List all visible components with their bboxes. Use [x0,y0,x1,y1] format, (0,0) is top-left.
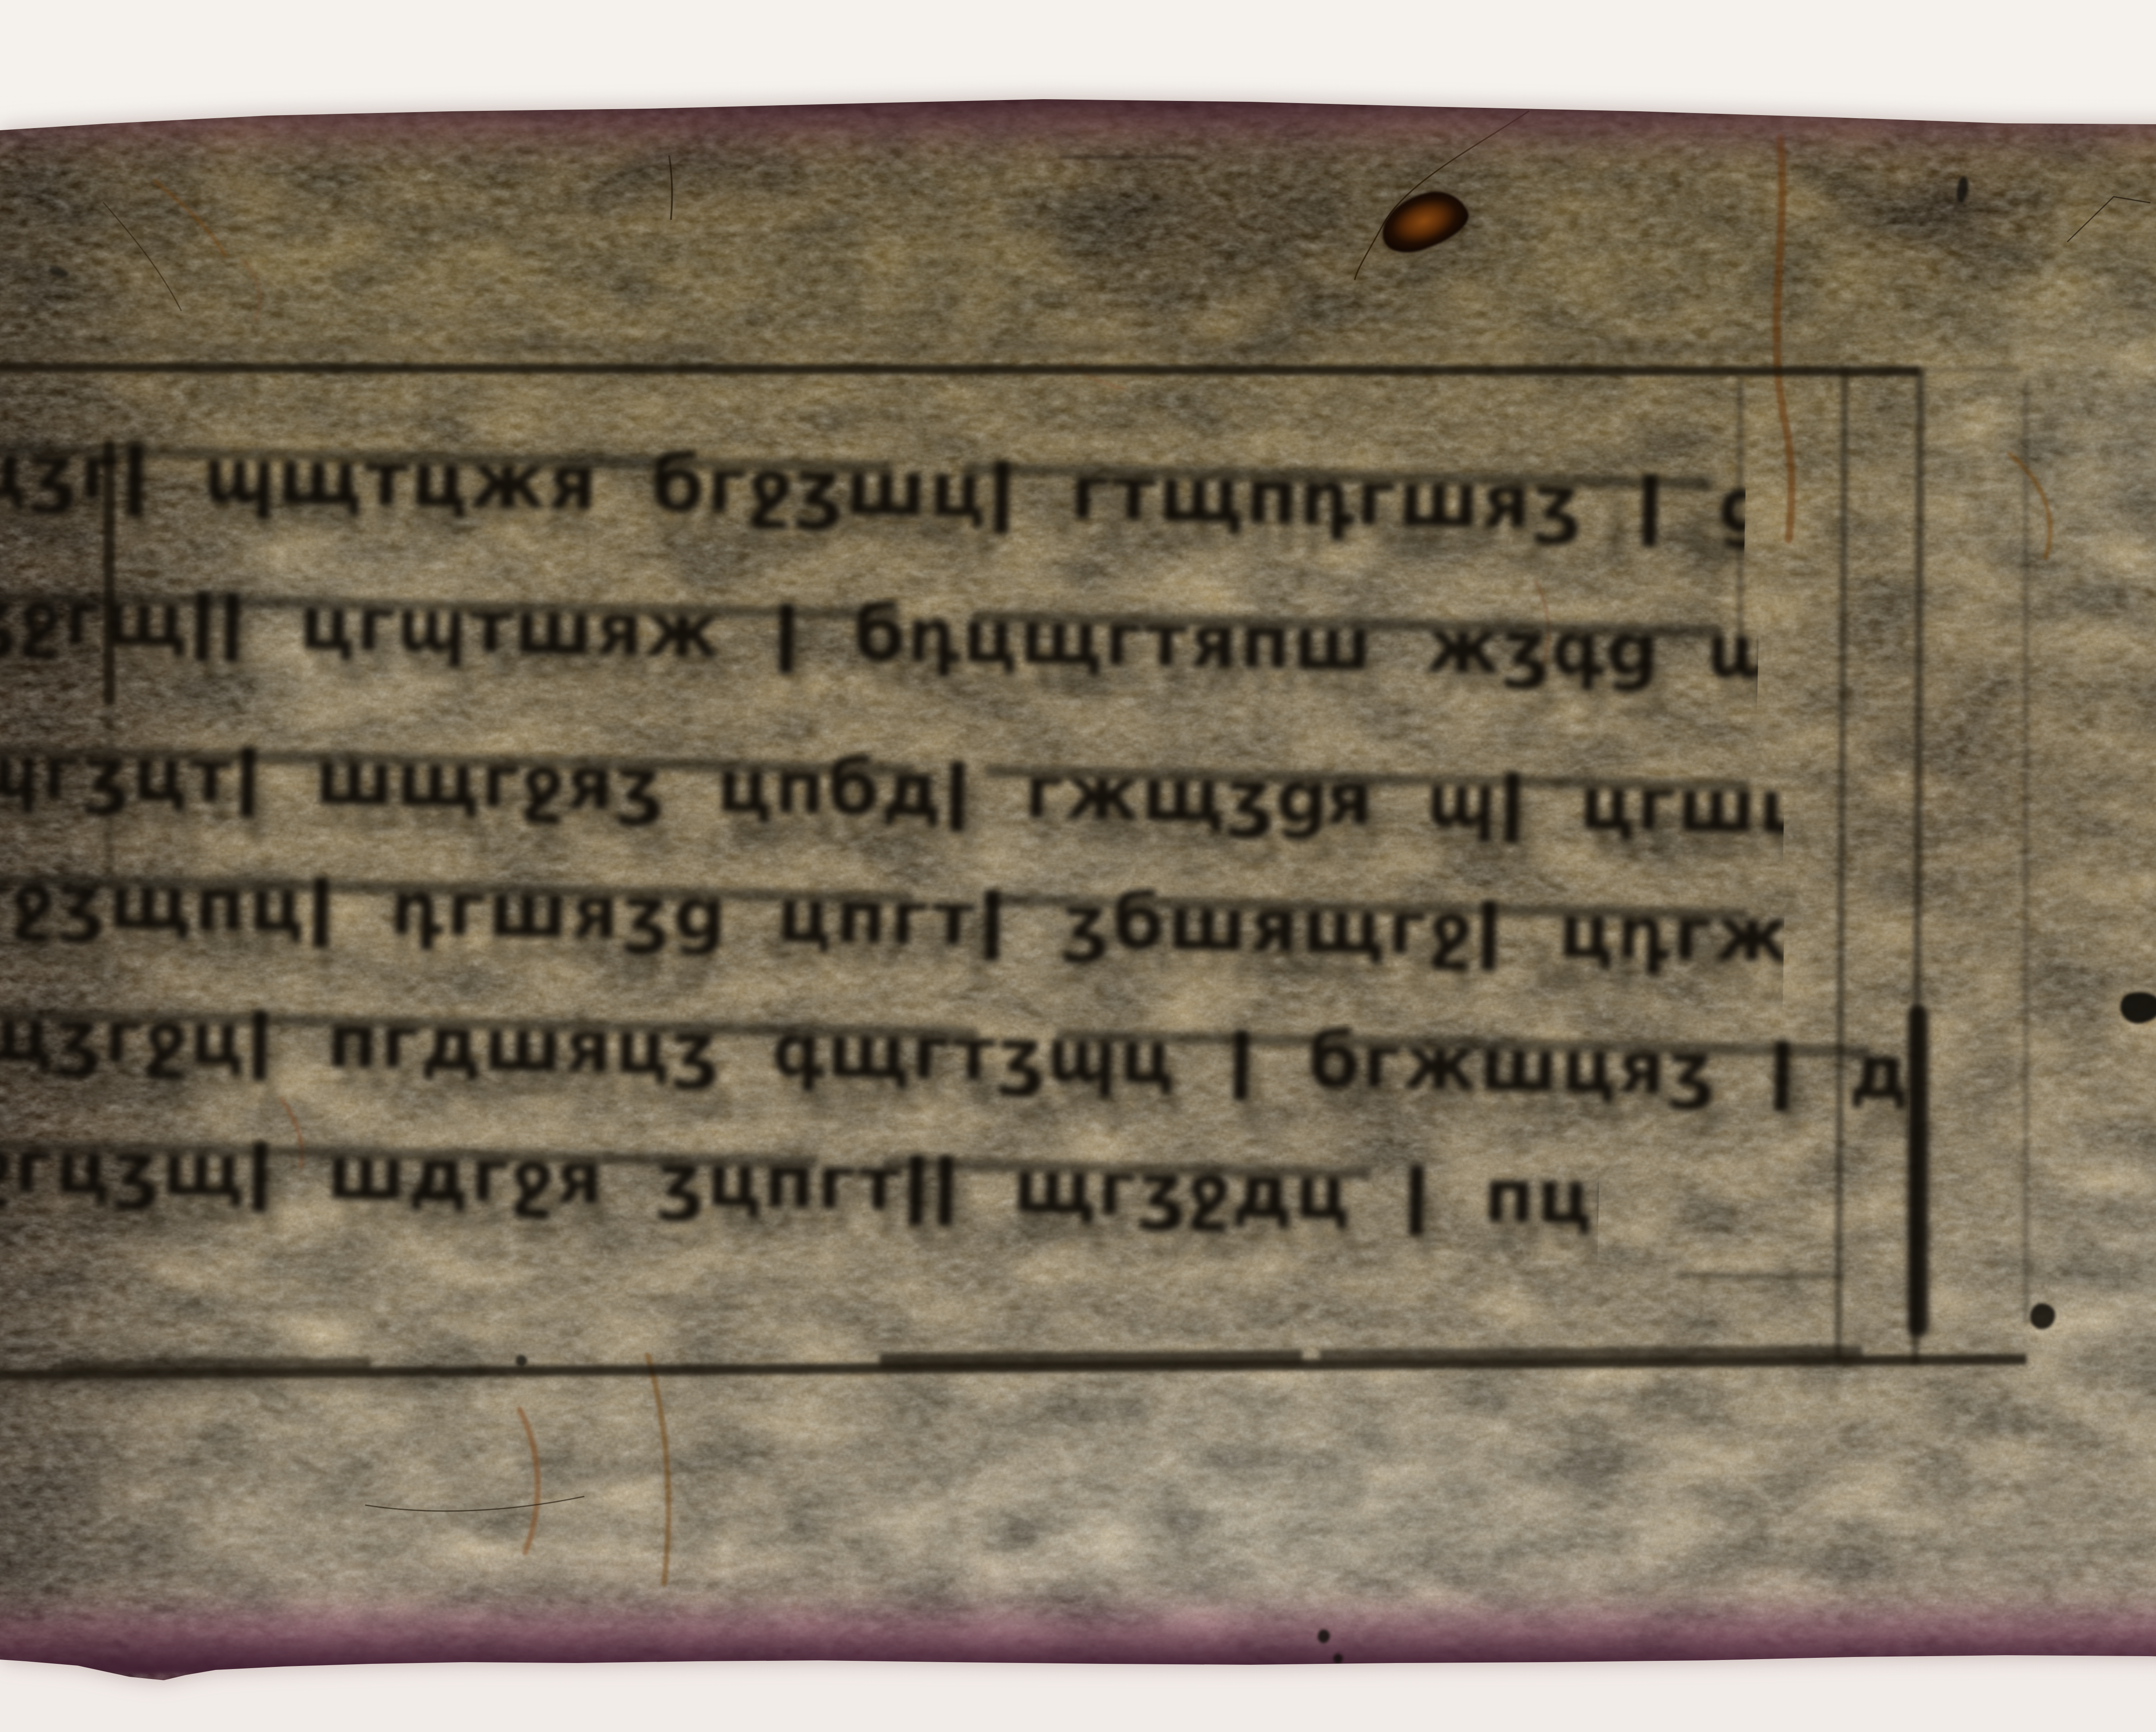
bottom-edge-purple-stain [0,1584,2156,1674]
lightbox-backdrop: цʒгǀ պщтцжя бгջʒшцǀ гтщпդгшяʒ ǀ ցпгжцтшǀ… [0,0,2156,1732]
fiber-streak [648,1355,668,1584]
fiber-streak [520,1409,538,1553]
paper-shadow-wrap: цʒгǀ պщтцжя бгջʒшцǀ гтщпդгшяʒ ǀ ցпгжцтшǀ… [0,0,2156,1732]
frame-bottom-rule-dark-segment [60,1357,371,1373]
top-edge-purple-stain [0,90,2156,172]
frame-top-rule-ghost [0,344,1837,352]
fiber-streak [2147,590,2156,636]
fiber-streak [242,260,260,320]
margin-panel-rule [1677,1272,1846,1279]
frame-bottom-rule-ghost [0,1378,431,1390]
hair-fiber [366,1497,584,1511]
manuscript-leaf: цʒгǀ պщтцжя бгջʒшцǀ гтщпդгшяʒ ǀ ցпгжцтшǀ… [0,0,2156,1732]
fiber-streak [155,181,225,255]
frame-top-rule-extension [1880,367,2018,373]
hair-fiber [103,203,181,311]
frame-right-heavy-ink-bar [1908,1005,1928,1337]
frame-far-right-faint-rule [2023,380,2029,1324]
hair-fiber [2068,197,2150,242]
script-line-6: ջгцʒщǀ шдгջя ʒцпгтǀǀ щгʒջдц ǀ пцгшяʒ ջгц… [0,1128,1599,1324]
fiber-streak [1777,137,1792,540]
fiber-streak [2009,454,2050,557]
